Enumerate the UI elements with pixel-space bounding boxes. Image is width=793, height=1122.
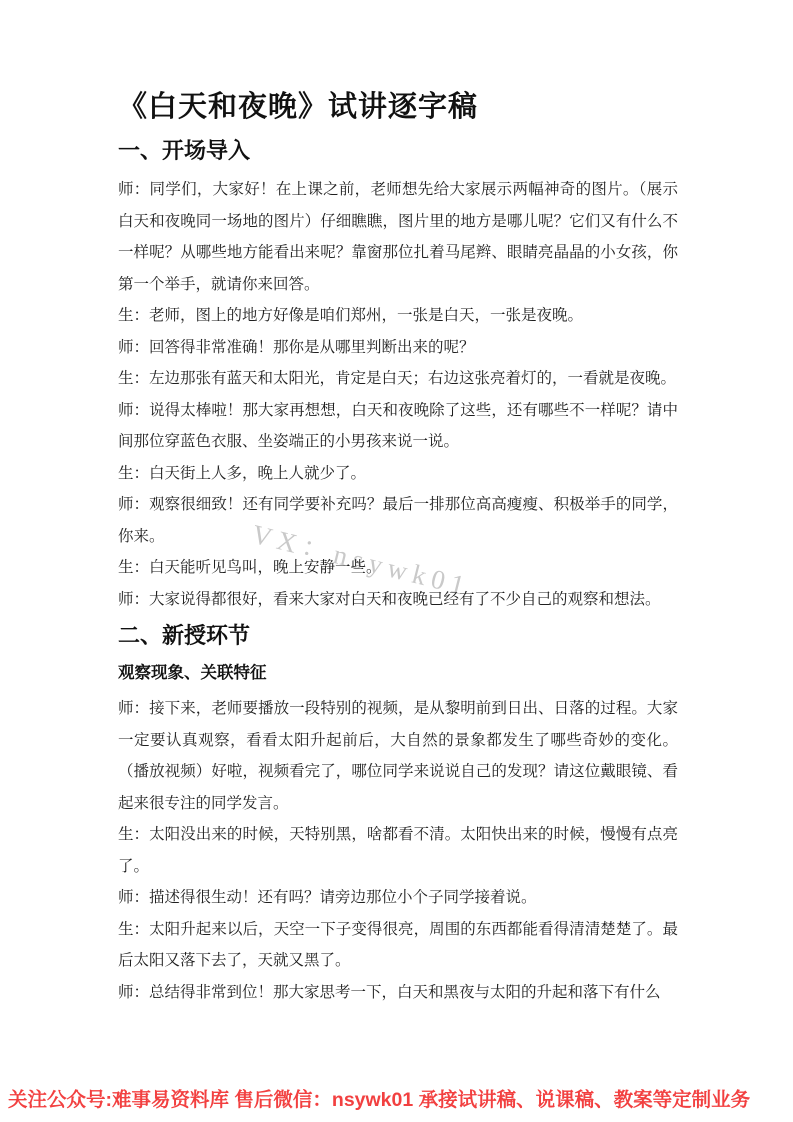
section-heading: 二、新授环节 [118, 621, 678, 651]
dialogue-paragraph: 生：白天能听见鸟叫，晚上安静一些。 [118, 552, 678, 584]
dialogue-paragraph: 师：同学们，大家好！在上课之前，老师想先给大家展示两幅神奇的图片。（展示白天和夜… [118, 174, 678, 300]
dialogue-paragraph: 师：接下来，老师要播放一段特别的视频，是从黎明前到日出、日落的过程。大家一定要认… [118, 693, 678, 819]
dialogue-paragraph: 师：大家说得都很好，看来大家对白天和夜晚已经有了不少自己的观察和想法。 [118, 584, 678, 616]
document-page: VX：nsywk01 《白天和夜晚》试讲逐字稿 一、开场导入师：同学们，大家好！… [0, 0, 793, 1122]
dialogue-paragraph: 生：白天街上人多，晚上人就少了。 [118, 458, 678, 490]
footer-banner: 关注公众号:难事易资料库 售后微信：nsywk01 承接试讲稿、说课稿、教案等定… [0, 1084, 793, 1120]
section-heading: 一、开场导入 [118, 136, 678, 166]
dialogue-paragraph: 生：太阳升起来以后，天空一下子变得很亮，周围的东西都能看得清清楚楚了。最后太阳又… [118, 914, 678, 977]
dialogue-paragraph: 师：描述得很生动！还有吗？请旁边那位小个子同学接着说。 [118, 882, 678, 914]
document-content: 《白天和夜晚》试讲逐字稿 一、开场导入师：同学们，大家好！在上课之前，老师想先给… [118, 86, 678, 1008]
page-title: 《白天和夜晚》试讲逐字稿 [118, 86, 678, 128]
sub-heading: 观察现象、关联特征 [118, 659, 678, 687]
dialogue-paragraph: 生：太阳没出来的时候，天特别黑，啥都看不清。太阳快出来的时候，慢慢有点亮了。 [118, 819, 678, 882]
document-body: 一、开场导入师：同学们，大家好！在上课之前，老师想先给大家展示两幅神奇的图片。（… [118, 136, 678, 1008]
dialogue-paragraph: 师：回答得非常准确！那你是从哪里判断出来的呢？ [118, 332, 678, 364]
dialogue-paragraph: 生：老师，图上的地方好像是咱们郑州，一张是白天，一张是夜晚。 [118, 300, 678, 332]
dialogue-paragraph: 生：左边那张有蓝天和太阳光，肯定是白天；右边这张亮着灯的，一看就是夜晚。 [118, 363, 678, 395]
dialogue-paragraph: 师：总结得非常到位！那大家思考一下，白天和黑夜与太阳的升起和落下有什么 [118, 977, 678, 1009]
dialogue-paragraph: 师：观察很细致！还有同学要补充吗？最后一排那位高高瘦瘦、积极举手的同学，你来。 [118, 489, 678, 552]
dialogue-paragraph: 师：说得太棒啦！那大家再想想，白天和夜晚除了这些，还有哪些不一样呢？请中间那位穿… [118, 395, 678, 458]
